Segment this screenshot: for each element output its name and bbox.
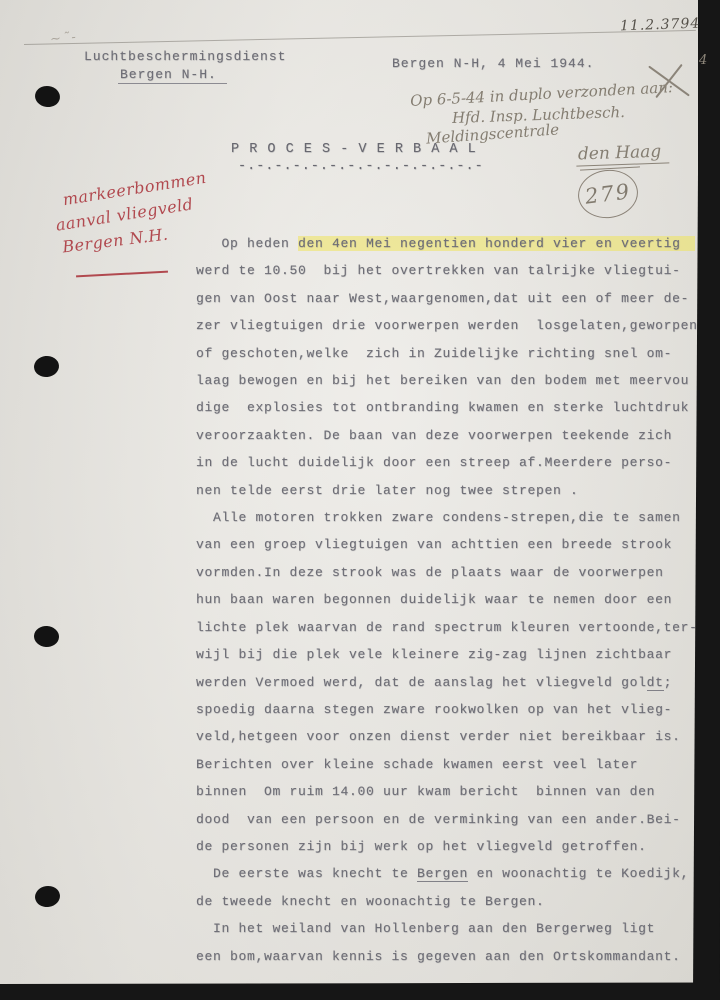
organization-name: Luchtbeschermingsdienst: [84, 49, 286, 64]
corner-page-mark: 4: [699, 53, 707, 68]
text-segment: een bom,waarvan kennis is gegeven aan de…: [196, 949, 681, 964]
text-segment: dige explosies tot ontbranding kwamen en…: [196, 400, 689, 415]
text-segment: wijl bij die plek vele kleinere zig-zag …: [196, 647, 672, 662]
body-line: Op heden den 4en Mei negentien honderd v…: [196, 230, 701, 257]
body-line: hun baan waren begonnen duidelijk waar t…: [196, 586, 701, 613]
body-line: nen telde eerst drie later nog twee stre…: [196, 477, 701, 504]
body-line: werd te 10.50 bij het overtrekken van ta…: [196, 257, 701, 284]
body-line: In het weiland van Hollenberg aan den Be…: [196, 915, 701, 942]
text-segment: ;: [664, 675, 673, 690]
body-line: Alle motoren trokken zware condens-strep…: [196, 504, 701, 531]
text-segment: nen telde eerst drie later nog twee stre…: [196, 483, 579, 498]
body-line: De eerste was knecht te Bergen en woonac…: [196, 860, 701, 887]
body-line: dood van een persoon en de verminking va…: [196, 806, 701, 833]
body-line: werden Vermoed werd, dat de aanslag het …: [196, 669, 701, 696]
text-segment: gen van Oost naar West,waargenomen,dat u…: [196, 291, 689, 306]
body-line: veroorzaakten. De baan van deze voorwerp…: [196, 422, 701, 449]
text-segment: hun baan waren begonnen duidelijk waar t…: [196, 592, 672, 607]
body-line: de personen zijn bij werk op het vliegve…: [196, 833, 701, 860]
scanned-document: 11.2.3794 ~˜- Luchtbeschermingsdienst Be…: [0, 0, 720, 1000]
body-line: zer vliegtuigen drie voorwerpen werden l…: [196, 312, 701, 339]
x-mark-stroke: [655, 64, 682, 98]
body-line: de tweede knecht en woonachtig te Bergen…: [196, 888, 701, 915]
text-segment: en woonachtig te Koedijk,: [468, 866, 689, 881]
body-line: in de lucht duidelijk door een streep af…: [196, 449, 701, 476]
body-line: gen van Oost naar West,waargenomen,dat u…: [196, 285, 701, 312]
text-segment: zer vliegtuigen drie voorwerpen werden l…: [196, 318, 698, 333]
text-segment: Op heden: [196, 236, 298, 251]
text-segment: veroorzaakten. De baan van deze voorwerp…: [196, 428, 672, 443]
body-line: een bom,waarvan kennis is gegeven aan de…: [196, 943, 701, 970]
body-line: lichte plek waarvan de rand spectrum kle…: [196, 614, 701, 641]
document-title-underline: -.-.-.-.-.-.-.-.-.-.-.-.-.-: [238, 159, 484, 174]
body-line: laag bewogen en bij het bereiken van den…: [196, 367, 701, 394]
text-segment: werden Vermoed werd, dat de aanslag het …: [196, 675, 647, 690]
text-segment: of geschoten,welke zich in Zuidelijke ri…: [196, 346, 672, 361]
dispatch-note-destination: den Haag: [576, 141, 670, 166]
organization-place: Bergen N-H.: [118, 67, 227, 84]
text-segment: van een groep vliegtuigen van achttien e…: [196, 537, 672, 552]
text-segment: veld,hetgeen voor onzen dienst verder ni…: [196, 729, 681, 744]
text-segment: Berichten over kleine schade kwamen eers…: [196, 757, 638, 772]
text-segment: Alle motoren trokken zware condens-strep…: [196, 510, 681, 525]
text-segment: werd te 10.50 bij het overtrekken van ta…: [196, 263, 681, 278]
text-segment: laag bewogen en bij het bereiken van den…: [196, 373, 689, 388]
body-line: spoedig daarna stegen zware rookwolken o…: [196, 696, 701, 723]
text-segment: spoedig daarna stegen zware rookwolken o…: [196, 702, 672, 717]
body-line: veld,hetgeen voor onzen dienst verder ni…: [196, 723, 701, 750]
scan-edge-bottom: [0, 982, 720, 1000]
text-segment: In het weiland van Hollenberg aan den Be…: [196, 921, 655, 936]
text-segment: vormden.In deze strook was de plaats waa…: [196, 565, 664, 580]
document-title: P R O C E S - V E R B A A L: [231, 142, 477, 157]
body-line: Berichten over kleine schade kwamen eers…: [196, 751, 701, 778]
body-line: wijl bij die plek vele kleinere zig-zag …: [196, 641, 701, 668]
text-segment: dt: [647, 675, 664, 691]
text-segment: De eerste was knecht te: [196, 866, 417, 881]
dateline: Bergen N-H, 4 Mei 1944.: [392, 56, 594, 71]
text-segment: Bergen: [417, 866, 468, 882]
text-segment: lichte plek waarvan de rand spectrum kle…: [196, 620, 698, 635]
text-segment: dood van een persoon en de verminking va…: [196, 812, 681, 827]
body-line: of geschoten,welke zich in Zuidelijke ri…: [196, 340, 701, 367]
body-line: van een groep vliegtuigen van achttien e…: [196, 531, 701, 558]
body-line: binnen Om ruim 14.00 uur kwam bericht bi…: [196, 778, 701, 805]
body-line: vormden.In deze strook was de plaats waa…: [196, 559, 701, 586]
text-segment: de tweede knecht en woonachtig te Bergen…: [196, 894, 545, 909]
registry-number: 279: [584, 179, 633, 208]
archive-reference-number: 11.2.3794: [620, 16, 701, 35]
body-line: dige explosies tot ontbranding kwamen en…: [196, 394, 701, 421]
highlighted-text: den 4en Mei negentien honderd vier en ve…: [298, 236, 695, 251]
text-segment: in de lucht duidelijk door een streep af…: [196, 455, 672, 470]
text-segment: binnen Om ruim 14.00 uur kwam bericht bi…: [196, 784, 655, 799]
x-mark: [646, 58, 692, 106]
text-segment: de personen zijn bij werk op het vliegve…: [196, 839, 647, 854]
body-text: Op heden den 4en Mei negentien honderd v…: [196, 230, 701, 970]
pencil-scribble: ~˜-: [49, 30, 78, 48]
